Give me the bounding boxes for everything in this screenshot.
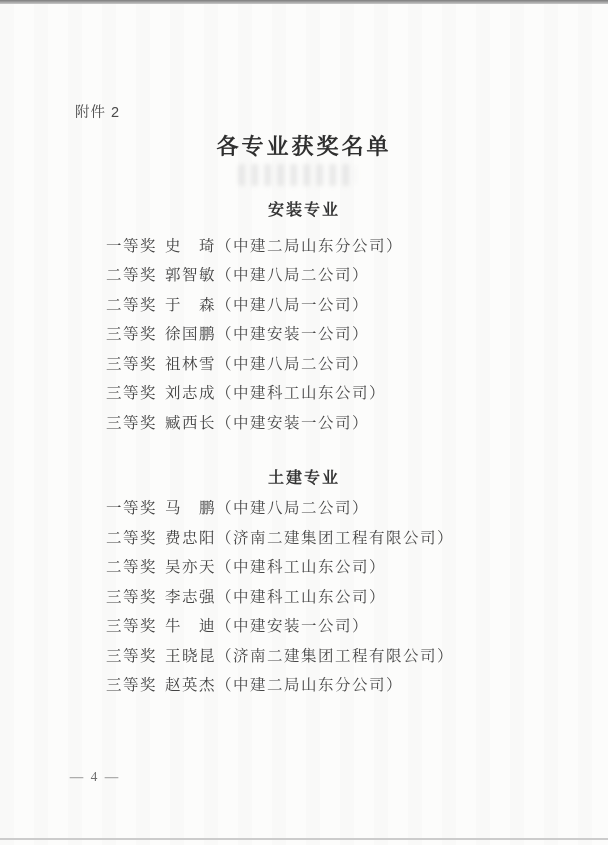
award-row: 三等奖 徐国鹏 （中建安装一公司） <box>106 319 608 349</box>
winner-name: 祖林雪 <box>165 352 216 374</box>
winner-company: （中建安装一公司） <box>216 411 369 433</box>
award-grade: 三等奖 <box>106 322 157 344</box>
winner-company: （中建八局二公司） <box>216 352 369 374</box>
award-grade: 二等奖 <box>106 555 157 577</box>
page-title: 各专业获奖名单 <box>0 133 608 161</box>
winner-company: （中建二局山东分公司） <box>216 234 403 256</box>
winner-name: 李志强 <box>165 585 216 607</box>
winner-company: （济南二建集团工程有限公司） <box>216 644 454 666</box>
award-grade: 三等奖 <box>106 644 157 666</box>
award-row: 三等奖 祖林雪 （中建八局二公司） <box>106 348 608 378</box>
page-number: — 4 — <box>45 769 145 785</box>
award-section: 安装专业 一等奖 史 琦 （中建二局山东分公司） 二等奖 郭智敏 （中建八局二公… <box>0 202 608 437</box>
award-grade: 三等奖 <box>106 352 157 374</box>
award-row: 二等奖 吴亦天 （中建科工山东公司） <box>106 552 608 582</box>
winner-name: 牛 迪 <box>165 614 216 636</box>
winner-company: （中建科工山东公司） <box>216 585 386 607</box>
winner-name: 臧西长 <box>165 411 216 433</box>
winner-name: 于 森 <box>165 293 216 315</box>
award-grade: 三等奖 <box>106 673 157 695</box>
award-grade: 三等奖 <box>106 411 157 433</box>
scan-bottom-edge <box>0 838 608 840</box>
award-row: 三等奖 李志强 （中建科工山东公司） <box>106 581 608 611</box>
award-list: 一等奖 史 琦 （中建二局山东分公司） 二等奖 郭智敏 （中建八局二公司） 二等… <box>106 230 608 437</box>
award-row: 二等奖 于 森 （中建八局一公司） <box>106 289 608 319</box>
award-grade: 三等奖 <box>106 614 157 636</box>
winner-name: 史 琦 <box>165 234 216 256</box>
award-grade: 三等奖 <box>106 381 157 403</box>
winner-name: 郭智敏 <box>165 263 216 285</box>
winner-company: （中建安装一公司） <box>216 322 369 344</box>
document-page: 附件 2 各专业获奖名单 安装专业 一等奖 史 琦 （中建二局山东分公司） 二等… <box>0 0 608 845</box>
award-sections: 安装专业 一等奖 史 琦 （中建二局山东分公司） 二等奖 郭智敏 （中建八局二公… <box>0 202 608 699</box>
winner-company: （中建科工山东公司） <box>216 555 386 577</box>
award-row: 三等奖 牛 迪 （中建安装一公司） <box>106 611 608 641</box>
winner-company: （中建八局一公司） <box>216 293 369 315</box>
winner-company: （中建安装一公司） <box>216 614 369 636</box>
winner-company: （中建八局二公司） <box>216 263 369 285</box>
ink-bleed-artifact <box>238 164 356 186</box>
winner-company: （中建八局二公司） <box>216 496 369 518</box>
award-list: 一等奖 马 鹏 （中建八局二公司） 二等奖 费忠阳 （济南二建集团工程有限公司）… <box>106 493 608 700</box>
winner-name: 马 鹏 <box>165 496 216 518</box>
award-row: 二等奖 费忠阳 （济南二建集团工程有限公司） <box>106 522 608 552</box>
award-grade: 二等奖 <box>106 526 157 548</box>
award-row: 三等奖 王晓昆 （济南二建集团工程有限公司） <box>106 640 608 670</box>
winner-name: 王晓昆 <box>165 644 216 666</box>
winner-name: 刘志成 <box>165 381 216 403</box>
winner-company: （中建科工山东公司） <box>216 381 386 403</box>
winner-name: 费忠阳 <box>165 526 216 548</box>
attachment-label: 附件 2 <box>75 101 120 122</box>
winner-name: 吴亦天 <box>165 555 216 577</box>
award-row: 三等奖 刘志成 （中建科工山东公司） <box>106 378 608 408</box>
award-row: 一等奖 史 琦 （中建二局山东分公司） <box>106 230 608 260</box>
award-grade: 三等奖 <box>106 585 157 607</box>
award-row: 三等奖 臧西长 （中建安装一公司） <box>106 407 608 437</box>
award-row: 一等奖 马 鹏 （中建八局二公司） <box>106 493 608 523</box>
award-grade: 一等奖 <box>106 234 157 256</box>
scan-top-edge <box>0 0 608 4</box>
award-row: 三等奖 赵英杰 （中建二局山东分公司） <box>106 670 608 700</box>
award-grade: 二等奖 <box>106 263 157 285</box>
award-row: 二等奖 郭智敏 （中建八局二公司） <box>106 260 608 290</box>
winner-company: （济南二建集团工程有限公司） <box>216 526 454 548</box>
award-section: 土建专业 一等奖 马 鹏 （中建八局二公司） 二等奖 费忠阳 （济南二建集团工程… <box>0 470 608 700</box>
winner-company: （中建二局山东分公司） <box>216 673 403 695</box>
winner-name: 徐国鹏 <box>165 322 216 344</box>
section-heading: 土建专业 <box>0 470 608 488</box>
section-heading: 安装专业 <box>0 202 608 220</box>
award-grade: 二等奖 <box>106 293 157 315</box>
award-grade: 一等奖 <box>106 496 157 518</box>
winner-name: 赵英杰 <box>165 673 216 695</box>
